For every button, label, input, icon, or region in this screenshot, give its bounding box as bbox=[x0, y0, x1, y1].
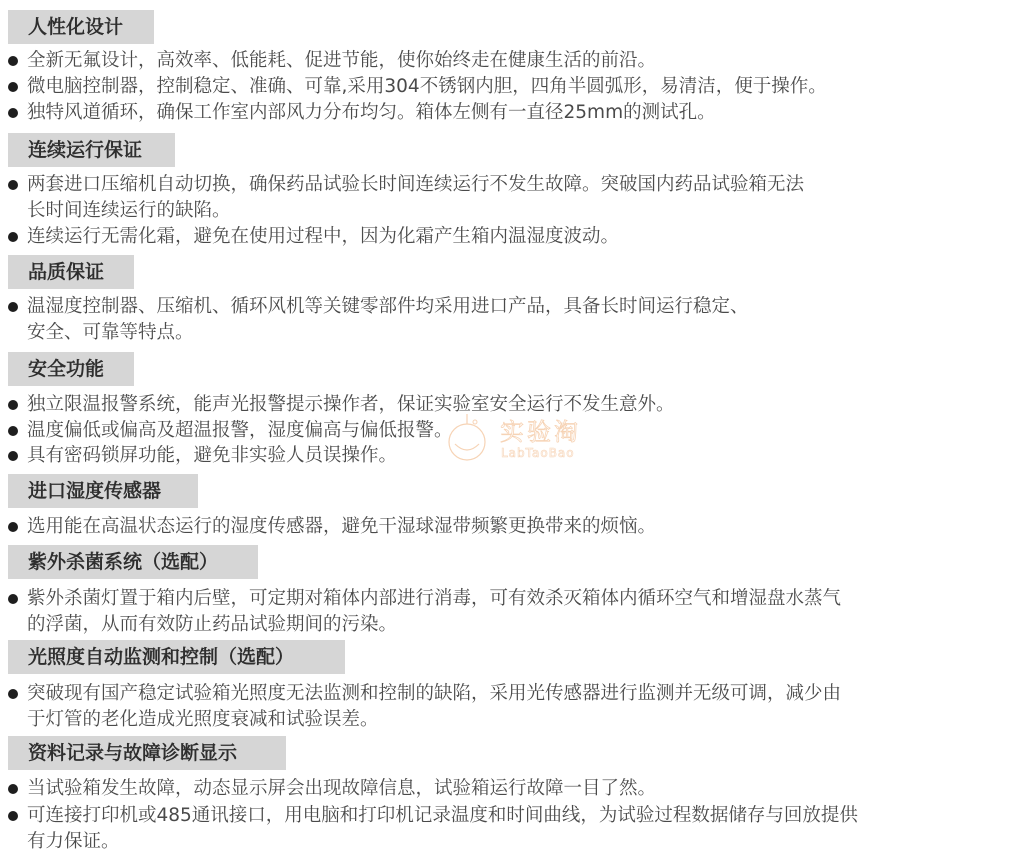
bullet-icon bbox=[8, 82, 18, 92]
section-heading-user-friendly-design: 人性化设计 bbox=[8, 10, 154, 44]
section-heading-continuous-operation: 连续运行保证 bbox=[8, 133, 175, 167]
item-text: 温度偏低或偏高及超温报警，湿度偏高与偏低报警。 bbox=[27, 418, 453, 443]
bullet-icon bbox=[8, 784, 18, 794]
section-heading-uv-sterilization: 紫外杀菌系统（选配） bbox=[8, 545, 258, 579]
item-text-continued: 的浮菌，从而有效防止药品试验期间的污染。 bbox=[27, 612, 397, 637]
bullet-icon bbox=[8, 400, 18, 410]
section-heading-data-recording-diagnostics: 资料记录与故障诊断显示 bbox=[8, 736, 286, 770]
watermark-en-text: LabTaoBao bbox=[501, 446, 575, 460]
item-text-continued: 有力保证。 bbox=[27, 829, 120, 854]
item-text: 温湿度控制器、压缩机、循环风机等关键零部件均采用进口产品，具备长时间运行稳定、 bbox=[27, 294, 749, 319]
item-text: 连续运行无需化霜，避免在使用过程中，因为化霜产生箱内温湿度波动。 bbox=[27, 224, 619, 249]
item-text-continued: 安全、可靠等特点。 bbox=[27, 320, 194, 345]
bullet-icon bbox=[8, 451, 18, 461]
item-text: 选用能在高温状态运行的湿度传感器，避免干湿球湿带频繁更换带来的烦恼。 bbox=[27, 514, 656, 539]
item-text: 独立限温报警系统，能声光报警提示操作者，保证实验室安全运行不发生意外。 bbox=[27, 392, 675, 417]
section-heading-illuminance-control: 光照度自动监测和控制（选配） bbox=[8, 640, 345, 674]
bullet-icon bbox=[8, 108, 18, 118]
item-text: 两套进口压缩机自动切换，确保药品试验长时间连续运行不发生故障。突破国内药品试验箱… bbox=[27, 172, 804, 197]
section-heading-imported-humidity-sensor: 进口湿度传感器 bbox=[8, 474, 198, 508]
item-text: 独特风道循环，确保工作室内部风力分布均匀。箱体左侧有一直径25mm的测试孔。 bbox=[27, 100, 716, 125]
bullet-icon bbox=[8, 811, 18, 821]
item-text: 紫外杀菌灯置于箱内后壁，可定期对箱体内部进行消毒，可有效杀灭箱体内循环空气和增湿… bbox=[27, 586, 841, 611]
item-text-continued: 于灯管的老化造成光照度衰减和试验误差。 bbox=[27, 707, 379, 732]
item-text: 全新无氟设计，高效率、低能耗、促进节能，使你始终走在健康生活的前沿。 bbox=[27, 48, 656, 73]
bullet-icon bbox=[8, 302, 18, 312]
bullet-icon bbox=[8, 522, 18, 532]
item-text: 可连接打印机或485通讯接口，用电脑和打印机记录温度和时间曲线，为试验过程数据储… bbox=[27, 803, 858, 828]
watermark: 实验淘 LabTaoBao bbox=[445, 410, 605, 470]
item-text: 当试验箱发生故障，动态显示屏会出现故障信息，试验箱运行故障一目了然。 bbox=[27, 776, 656, 801]
bullet-icon bbox=[8, 56, 18, 66]
item-text: 微电脑控制器，控制稳定、准确、可靠,采用304不锈钢内胆，四角半圆弧形，易清洁，… bbox=[27, 74, 827, 99]
item-text-continued: 长时间连续运行的缺陷。 bbox=[27, 198, 231, 223]
item-text: 具有密码锁屏功能，避免非实验人员误操作。 bbox=[27, 443, 397, 468]
watermark-cn-text: 实验淘 bbox=[500, 412, 581, 447]
item-text: 突破现有国产稳定试验箱光照度无法监测和控制的缺陷，采用光传感器进行监测并无级可调… bbox=[27, 681, 841, 706]
bullet-icon bbox=[8, 232, 18, 242]
bullet-icon bbox=[8, 594, 18, 604]
section-heading-safety-functions: 安全功能 bbox=[8, 352, 134, 386]
bullet-icon bbox=[8, 426, 18, 436]
bullet-icon bbox=[8, 689, 18, 699]
bullet-icon bbox=[8, 180, 18, 190]
section-heading-quality-assurance: 品质保证 bbox=[8, 255, 134, 289]
